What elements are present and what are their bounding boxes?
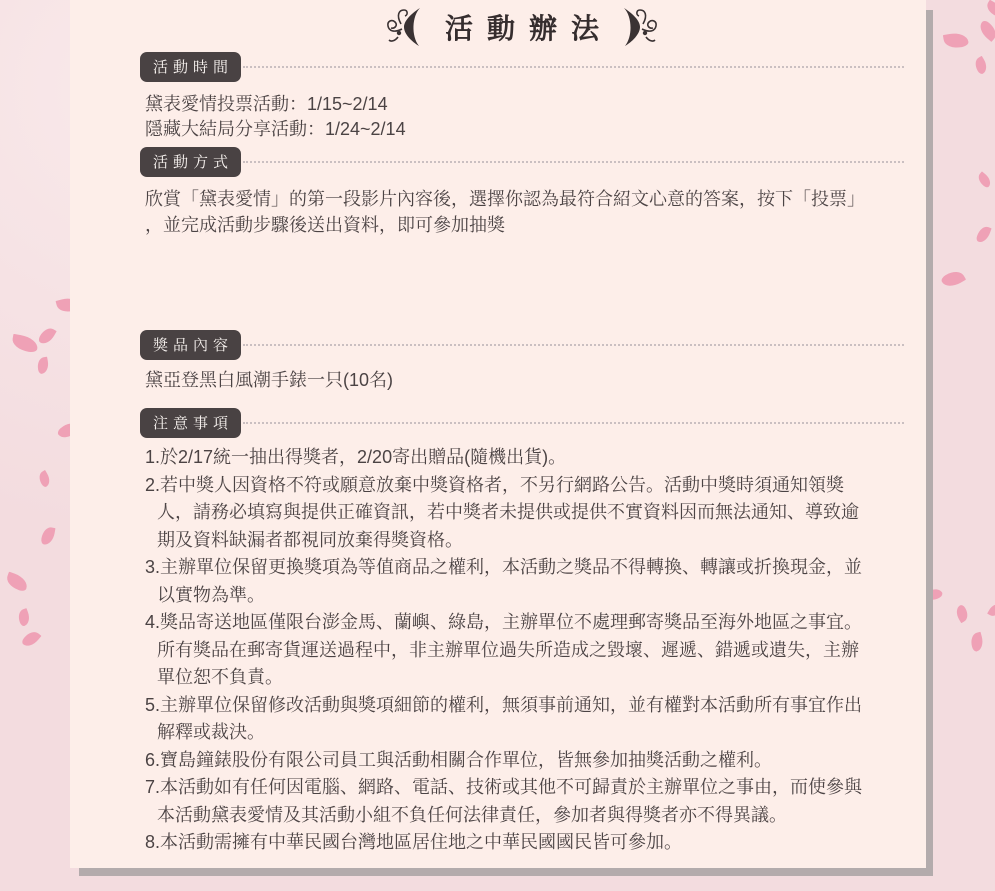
section-badge-prize: 獎品內容 [140, 330, 241, 360]
section-time: 活動時間 黛表愛情投票活動：1/15~2/14 隱藏大結局分享活動：1/24~2… [140, 52, 904, 142]
note-number: 4. [145, 609, 160, 637]
note-text: 主辦單位保留修改活動與獎項細節的權利，無須事前通知，並有權對本活動所有事宜作出 [160, 695, 862, 715]
note-number: 1. [145, 444, 160, 472]
section-time-header: 活動時間 [140, 52, 904, 82]
section-badge-notes: 注意事項 [140, 408, 241, 438]
petal-icon [975, 225, 991, 245]
petal-icon [943, 31, 969, 50]
note-line: 7.本活動如有任何因電腦、網路、電話、技術或其他不可歸責於主辦單位之事由，而使參… [145, 774, 904, 802]
flourish-right-icon [613, 7, 659, 47]
note-text: 若中獎人因資格不符或願意放棄中獎資格者，不另行網路公告。活動中獎時須通知領獎 [160, 475, 844, 495]
petal-icon [4, 572, 29, 593]
note-number: 8. [145, 829, 160, 857]
notes-list: 1.於2/17統一抽出得獎者，2/20寄出贈品(隨機出貨)。2.若中獎人因資格不… [145, 444, 904, 857]
section-method-body: 欣賞「黛表愛情」的第一段影片內容後，選擇你認為最符合紹文心意的答案，按下「投票」… [145, 186, 904, 238]
note-line: 6.寶島鐘錶股份有限公司員工與活動相關合作單位，皆無參加抽獎活動之權利。 [145, 747, 904, 775]
note-text: 寶島鐘錶股份有限公司員工與活動相關合作單位，皆無參加抽獎活動之權利。 [160, 750, 772, 770]
section-badge-method: 活動方式 [140, 147, 241, 177]
note-line: 5.主辦單位保留修改活動與獎項細節的權利，無須事前通知，並有權對本活動所有事宜作… [145, 692, 904, 720]
note-number: 5. [145, 692, 160, 720]
note-line: 4.獎品寄送地區僅限台澎金馬、蘭嶼、綠島，主辦單位不處理郵寄獎品至海外地區之事宜… [145, 609, 904, 637]
petal-icon [36, 470, 52, 488]
section-notes: 注意事項 1.於2/17統一抽出得獎者，2/20寄出贈品(隨機出貨)。2.若中獎… [140, 408, 904, 857]
note-line: 以實物為準。 [145, 582, 904, 610]
petal-icon [969, 632, 985, 652]
petal-icon [924, 586, 943, 604]
petal-icon [21, 628, 42, 650]
flourish-left-icon [385, 7, 431, 47]
note-number: 3. [145, 554, 160, 582]
section-prize: 獎品內容 黛亞登黑白風潮手錶一只(10名) [140, 330, 904, 393]
petal-icon [953, 604, 971, 623]
section-method-header: 活動方式 [140, 147, 904, 177]
section-time-body: 黛表愛情投票活動：1/15~2/14 隱藏大結局分享活動：1/24~2/14 [145, 92, 904, 142]
section-badge-time: 活動時間 [140, 52, 241, 82]
method-line-2: ，並完成活動步驟後送出資料，即可參加抽獎 [145, 212, 904, 238]
note-number: 6. [145, 747, 160, 775]
note-line: 8.本活動需擁有中華民國台灣地區居住地之中華民國國民皆可參加。 [145, 829, 904, 857]
prize-line: 黛亞登黑白風潮手錶一只(10名) [145, 368, 904, 393]
event-rules-card: 活動辦法 活動時間 黛表愛情投票活動：1/15~2/14 隱藏大結局分享活動：1… [70, 0, 926, 868]
dotted-divider [243, 344, 904, 346]
note-line: 所有獎品在郵寄貨運送過程中，非主辦單位過失所造成之毀壞、遲遞、錯遞或遺失，主辦 [145, 637, 904, 665]
method-line-1: 欣賞「黛表愛情」的第一段影片內容後，選擇你認為最符合紹文心意的答案，按下「投票」 [145, 186, 904, 212]
petal-icon [984, 0, 995, 17]
petal-icon [41, 526, 56, 546]
petal-icon [987, 601, 995, 618]
note-number: 2. [145, 472, 160, 500]
dotted-divider [243, 161, 904, 163]
note-line: 2.若中獎人因資格不符或願意放棄中獎資格者，不另行網路公告。活動中獎時須通知領獎 [145, 472, 904, 500]
petal-icon [36, 357, 50, 375]
page-title: 活動辦法 [431, 7, 613, 47]
note-number: 7. [145, 774, 160, 802]
petal-icon [976, 171, 994, 188]
note-text: 獎品寄送地區僅限台澎金馬、蘭嶼、綠島，主辦單位不處理郵寄獎品至海外地區之事宜。 [160, 612, 862, 632]
note-text: 於2/17統一抽出得獎者，2/20寄出贈品(隨機出貨)。 [160, 447, 566, 467]
petal-icon [976, 19, 995, 42]
petal-icon [940, 267, 966, 290]
section-method: 活動方式 欣賞「黛表愛情」的第一段影片內容後，選擇你認為最符合紹文心意的答案，按… [140, 147, 904, 238]
note-text: 本活動需擁有中華民國台灣地區居住地之中華民國國民皆可參加。 [160, 832, 682, 852]
section-prize-header: 獎品內容 [140, 330, 904, 360]
petal-icon [11, 334, 39, 353]
petal-icon [37, 325, 56, 347]
note-line: 解釋或裁決。 [145, 719, 904, 747]
time-line-share: 隱藏大結局分享活動：1/24~2/14 [145, 117, 904, 142]
note-text: 本活動如有任何因電腦、網路、電話、技術或其他不可歸責於主辦單位之事由，而使參與 [160, 777, 862, 797]
dotted-divider [243, 422, 904, 424]
note-line: 1.於2/17統一抽出得獎者，2/20寄出贈品(隨機出貨)。 [145, 444, 904, 472]
title-row: 活動辦法 [140, 8, 904, 46]
petal-icon [16, 608, 32, 627]
note-line: 期及資料缺漏者都視同放棄得獎資格。 [145, 527, 904, 555]
note-line: 本活動黛表愛情及其活動小組不負任何法律責任，參加者與得獎者亦不得異議。 [145, 802, 904, 830]
section-notes-header: 注意事項 [140, 408, 904, 438]
note-line: 單位恕不負責。 [145, 664, 904, 692]
dotted-divider [243, 66, 904, 68]
petal-icon [972, 56, 990, 75]
section-prize-body: 黛亞登黑白風潮手錶一只(10名) [145, 368, 904, 393]
time-line-vote: 黛表愛情投票活動：1/15~2/14 [145, 92, 904, 117]
note-line: 3.主辦單位保留更換獎項為等值商品之權利，本活動之獎品不得轉換、轉讓或折換現金，… [145, 554, 904, 582]
note-line: 人，請務必填寫與提供正確資訊，若中獎者未提供或提供不實資料因而無法通知、導致逾 [145, 499, 904, 527]
note-text: 主辦單位保留更換獎項為等值商品之權利，本活動之獎品不得轉換、轉讓或折換現金，並 [160, 557, 862, 577]
